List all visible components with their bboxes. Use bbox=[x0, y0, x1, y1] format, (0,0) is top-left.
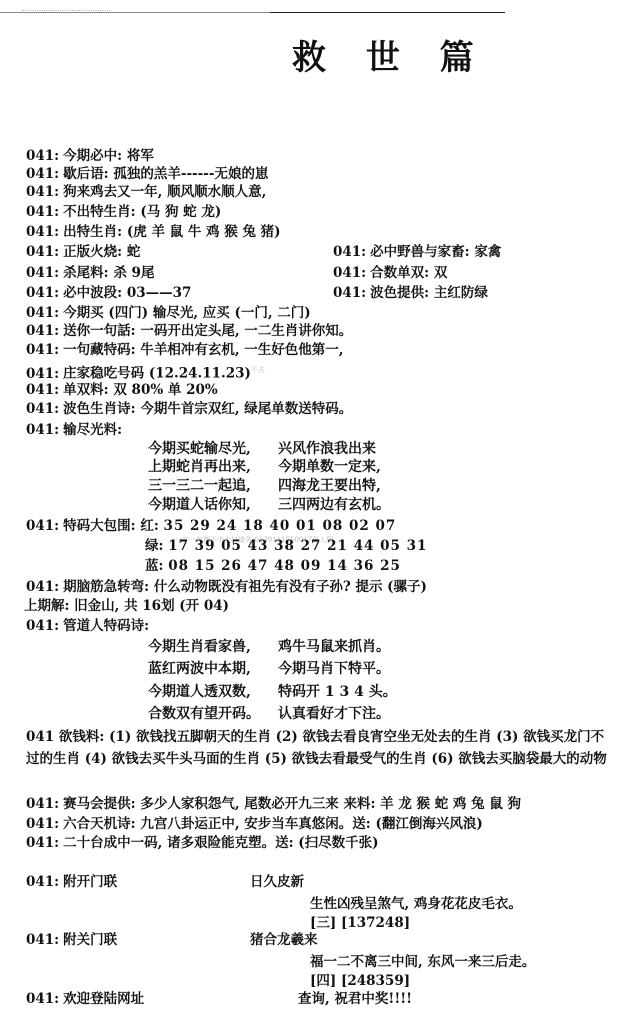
line-not-special: 041:不出特生肖: (马 狗 蛇 龙) bbox=[26, 203, 221, 221]
couplet-close-label: 041:附关门联 bbox=[26, 931, 117, 949]
footer-welcome: 041:欢迎登陆网址 bbox=[26, 990, 144, 1008]
couplet-close-text: 福一二不离三中间, 东风一来三后走。 bbox=[310, 950, 535, 970]
verse1-line: 上期蛇肖再出来,今期单数一定来, bbox=[148, 458, 381, 476]
footer-query: 查询, 祝君中奖!!!! bbox=[298, 990, 412, 1008]
special-green: 绿: 17 39 05 43 38 27 21 44 05 31 bbox=[145, 537, 427, 555]
verse2-line: 今期道人透双数,特码开 1 3 4 头。 bbox=[148, 683, 397, 701]
couplet-close-code: [四] [248359] bbox=[310, 969, 410, 989]
line-wave-range: 041:必中波段: 03——37 bbox=[26, 284, 191, 302]
line-must-win: 041:今期必中: 将军 bbox=[26, 147, 154, 165]
couplet-open-code: [三] [137248] bbox=[310, 911, 410, 931]
money-riddles: 041 欲钱料: (1) 欲钱找五脚朝天的生肖 (2) 欲钱去看良宵空坐无处去的… bbox=[26, 726, 611, 770]
verse2-line: 今期生肖看家兽,鸡牛马鼠来抓肖。 bbox=[148, 638, 390, 656]
line-riddle: 041:期脑筋急转弯: 什么动物既没有祖先有没有子孙? 提示 (骡子) bbox=[26, 578, 427, 596]
line-verse2-label: 041:管道人特码诗: bbox=[26, 617, 149, 635]
verse1-line: 三一三二一起追,四海龙王要出特, bbox=[148, 477, 381, 495]
line-poem: 041:狗来鸡去又一年, 顺风顺水顺人意, bbox=[26, 183, 266, 201]
line-hidden-code: 041:一句藏特码: 牛羊相冲有玄机, 一生好色他第一, bbox=[26, 341, 343, 359]
line-banker: 041:庄家稳吃号码 (12.24.11.23)不去 bbox=[26, 361, 265, 383]
line-saying: 041:歇后语: 孤独的羔羊------无娘的崽 bbox=[26, 165, 268, 183]
line-kill-tail: 041:杀尾料: 杀 9尾 bbox=[26, 264, 154, 282]
line-gate: 041:今期买 (四门) 输尽光, 应买 (一门, 二门) bbox=[26, 304, 311, 322]
banker-note: 不去 bbox=[251, 366, 265, 374]
line-six-harmony: 041:六合天机诗: 九宫八卦运正中, 安步当车真悠闲。送: (翻江倒海兴风浪) bbox=[26, 815, 483, 833]
line-fire: 041:正版火烧: 蛇 bbox=[26, 243, 140, 261]
special-blue: 蓝: 08 15 26 47 48 09 14 36 25 bbox=[145, 557, 401, 575]
line-phrase: 041:送你一句話: 一码开出定头尾, 一二生肖讲你知。 bbox=[26, 322, 352, 340]
page-title: 救 世 篇 bbox=[292, 30, 488, 79]
verse1-line: 今期道人话你知,三四两边有玄机。 bbox=[148, 496, 390, 514]
header-faint-text: ………………………………… bbox=[20, 5, 111, 13]
verse1-line: 今期买蛇输尽光,兴风作浪我出来 bbox=[148, 440, 376, 458]
line-last-answer: 上期解: 旧金山, 共 16划 (开 04) bbox=[24, 597, 229, 615]
verse2-line: 蓝红两波中本期,今期马肖下特平。 bbox=[148, 660, 390, 678]
line-jockey: 041:赛马会提供: 多少人家积怨气, 尾数必开九三来 来料: 羊 龙 猴 蛇 … bbox=[26, 795, 521, 813]
line-twenty: 041:二十台成中一码, 诸多艰险能克塑。送: (扫尽数千张) bbox=[26, 834, 379, 852]
line-wave-poem: 041:波色生肖诗: 今期牛首宗双红, 绿尾单数送特码。 bbox=[26, 400, 352, 418]
couplet-open-title: 日久皮新 bbox=[250, 873, 304, 891]
couplet-open-label: 041:附开门联 bbox=[26, 873, 117, 891]
line-lose-all: 041:输尽光料: bbox=[26, 421, 122, 439]
verse2-line: 合数双有望开码。认真看好才下注。 bbox=[148, 705, 390, 723]
line-odd-even-sum: 041:合数单双: 双 bbox=[333, 264, 447, 282]
top-rule-right bbox=[270, 12, 505, 13]
couplet-close-title: 猪合龙羲来 bbox=[250, 931, 318, 949]
line-special-zodiac: 041:出特生肖: (虎 羊 鼠 牛 鸡 猴 兔 猪) bbox=[26, 223, 281, 241]
line-beast: 041:必中野兽与家畜: 家禽 bbox=[333, 243, 501, 261]
couplet-open-text: 生性凶残呈煞气, 鸡身花花皮毛衣。 bbox=[310, 892, 522, 912]
line-wave-color: 041:波色提供: 主红防绿 bbox=[333, 284, 488, 302]
line-odd-even: 041:单双料: 双 80% 单 20% bbox=[26, 381, 218, 399]
